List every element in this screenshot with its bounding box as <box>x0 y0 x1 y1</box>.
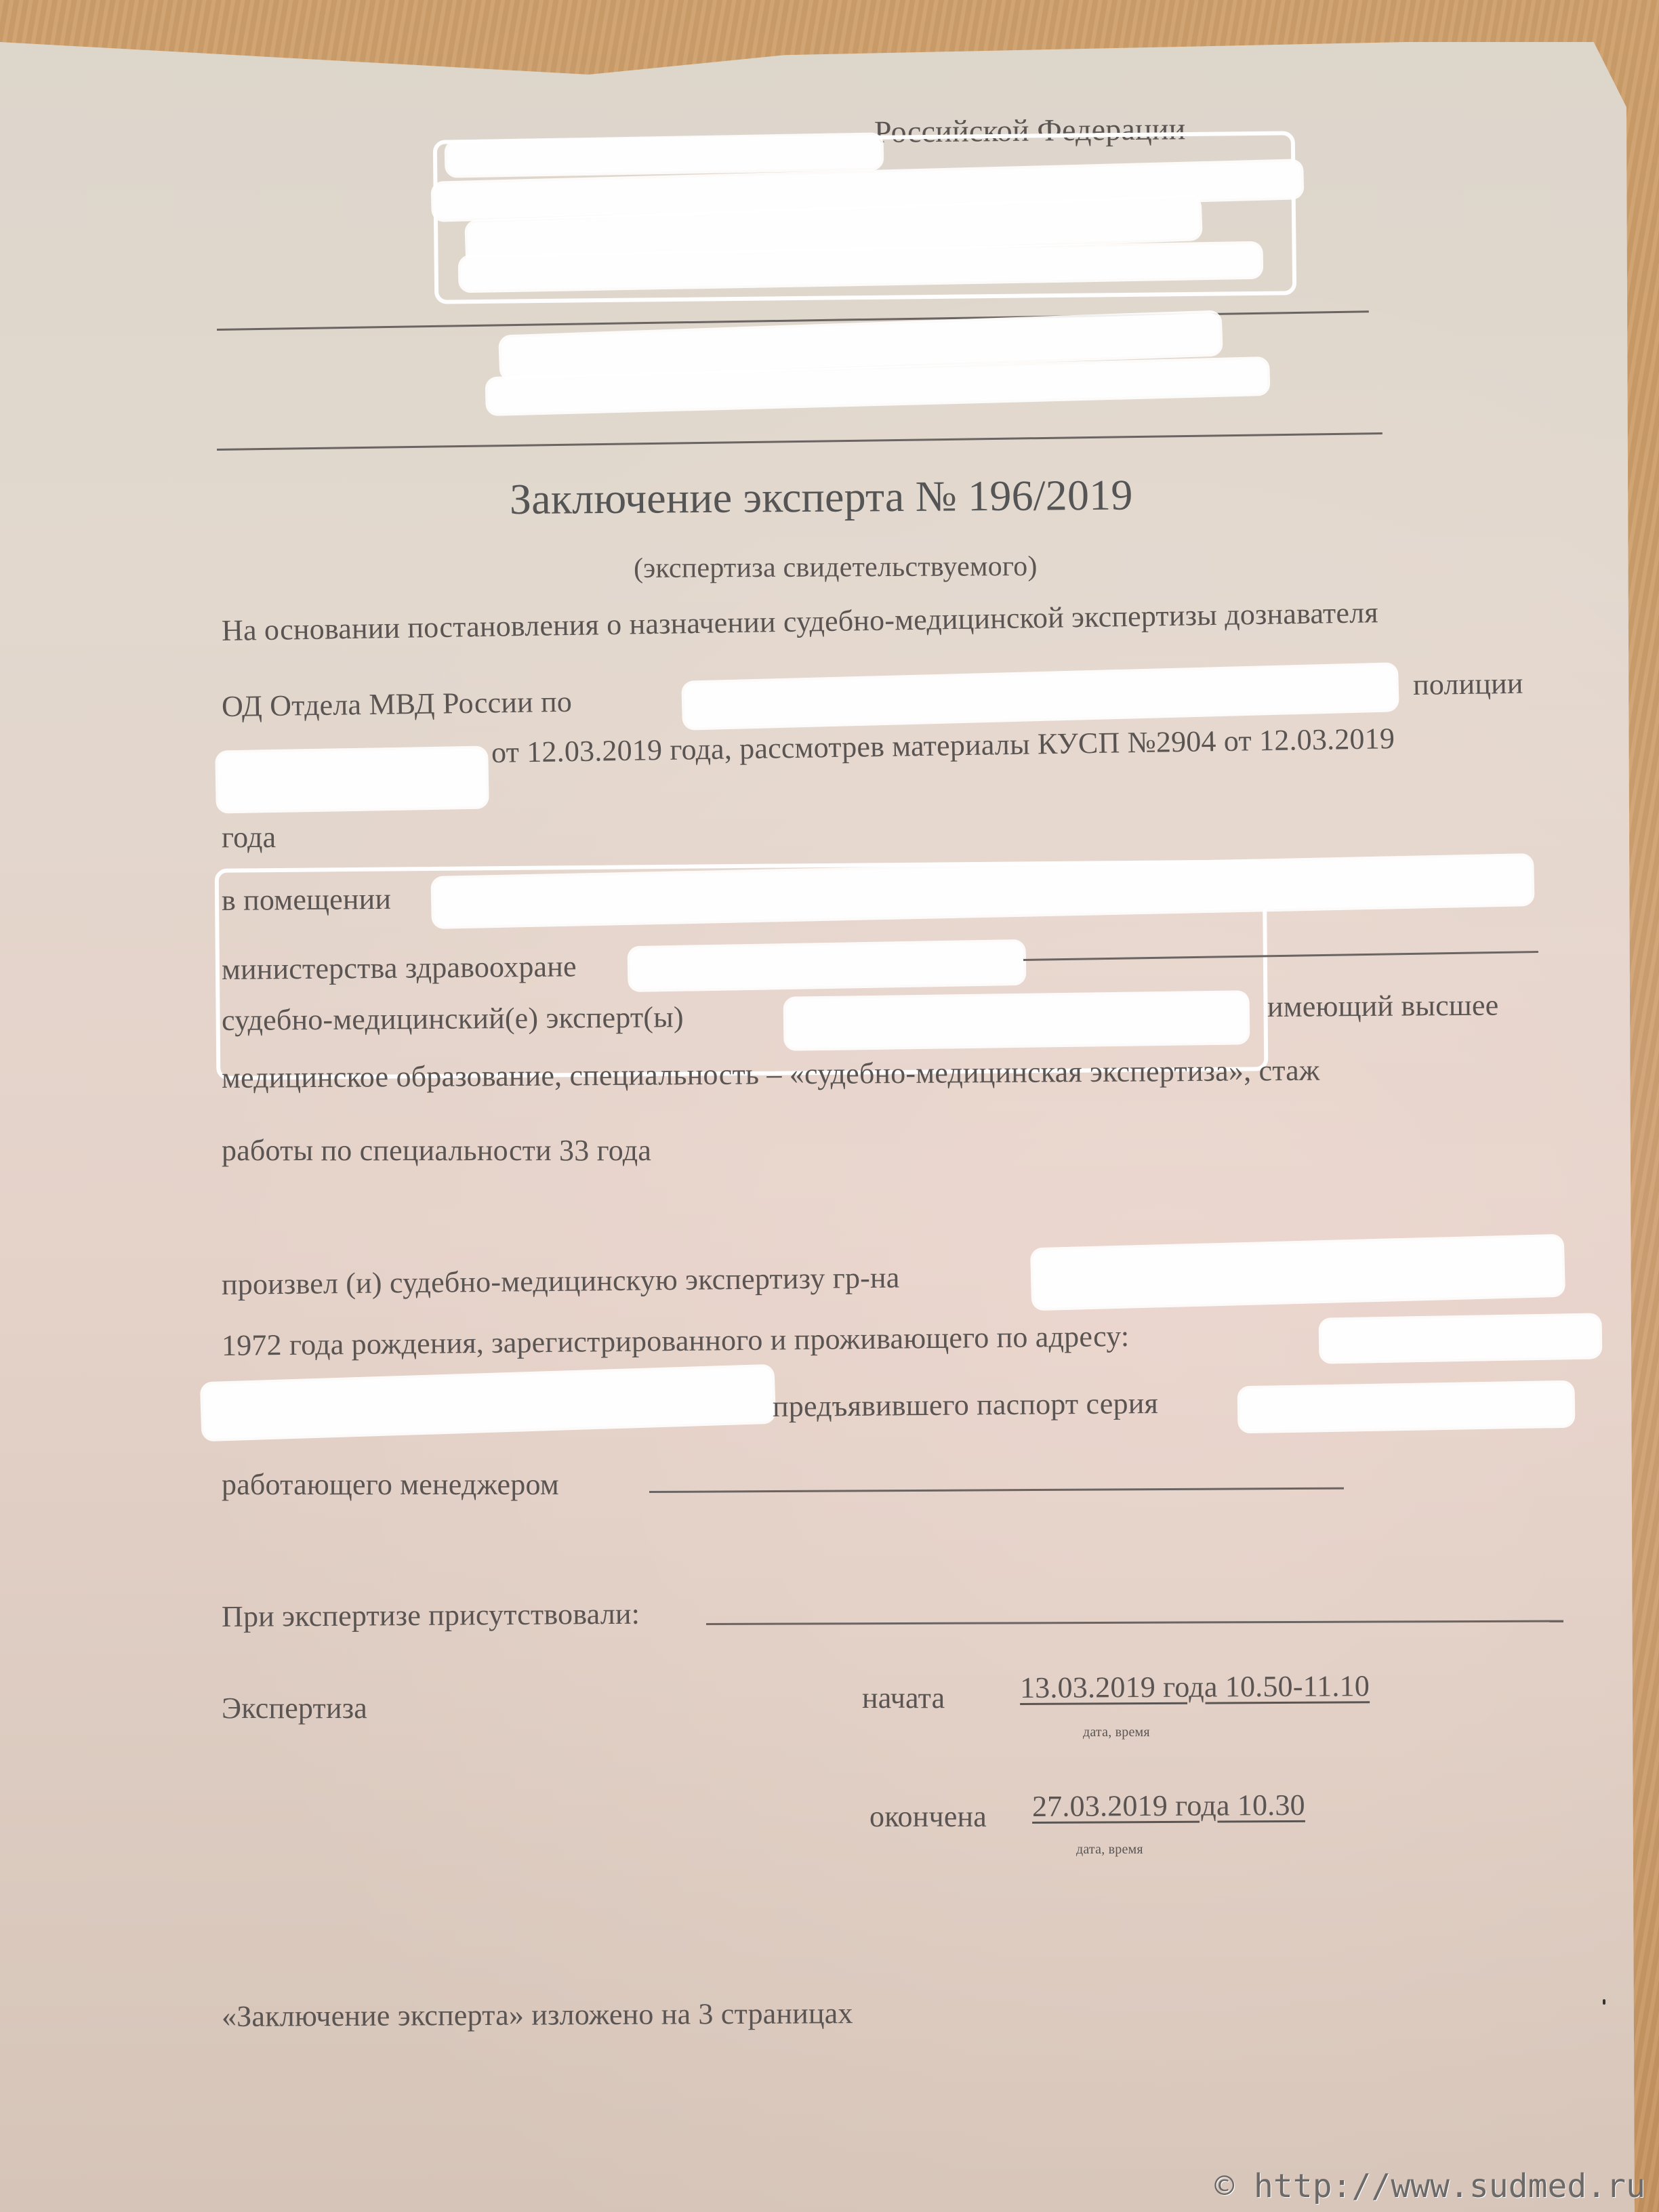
p3-line-3: предъявившего паспорт серия <box>773 1386 1158 1424</box>
p2-redaction-ministry <box>630 942 1024 989</box>
exam-label: Экспертиза <box>222 1691 367 1725</box>
document-subtitle: (экспертиза свидетельствуемого) <box>634 550 1038 585</box>
exam-finished-caption: дата, время <box>1076 1842 1143 1858</box>
document-title: Заключение эксперта № 196/2019 <box>510 470 1133 525</box>
p3-redaction-passport <box>1240 1383 1572 1431</box>
present-label: При экспертизе присутствовали: <box>222 1597 640 1634</box>
p2-redaction-expert-name <box>786 993 1248 1048</box>
p2-line-3-start: судебно-медицинский(е) эксперт(ы) <box>222 1000 684 1038</box>
p2-line-2: министерства здравоохране <box>222 949 577 987</box>
watermark: © http://www.sudmed.ru <box>1214 2167 1645 2205</box>
pages-note: «Заключение эксперта» изложено на 3 стра… <box>222 1996 853 2034</box>
p1-line-4: года <box>222 820 276 855</box>
exam-finished-value: 27.03.2019 года 10.30 <box>1032 1788 1305 1824</box>
p2-line-5: работы по специальности 33 года <box>222 1133 651 1168</box>
exam-started-value: 13.03.2019 года 10.50-11.10 <box>1020 1668 1370 1705</box>
p1-line-2-start: ОД Отдела МВД России по <box>222 684 573 724</box>
p2-line-3-end: имеющий высшее <box>1267 988 1499 1024</box>
p3-line-4: работающего менеджером <box>222 1467 559 1502</box>
p1-redaction-officer <box>218 749 486 811</box>
exam-started-caption: дата, время <box>1083 1725 1150 1740</box>
ink-speck <box>1603 1999 1605 2005</box>
p3-line-1: произвел (и) судебно-медицинскую эксперт… <box>222 1261 900 1302</box>
paper-sheet <box>0 42 1635 2212</box>
exam-finished-label: окончена <box>869 1799 987 1834</box>
p3-redaction-address-1 <box>1322 1315 1600 1361</box>
p1-line-2-end: полиции <box>1413 666 1523 702</box>
exam-started-label: начата <box>862 1681 945 1715</box>
